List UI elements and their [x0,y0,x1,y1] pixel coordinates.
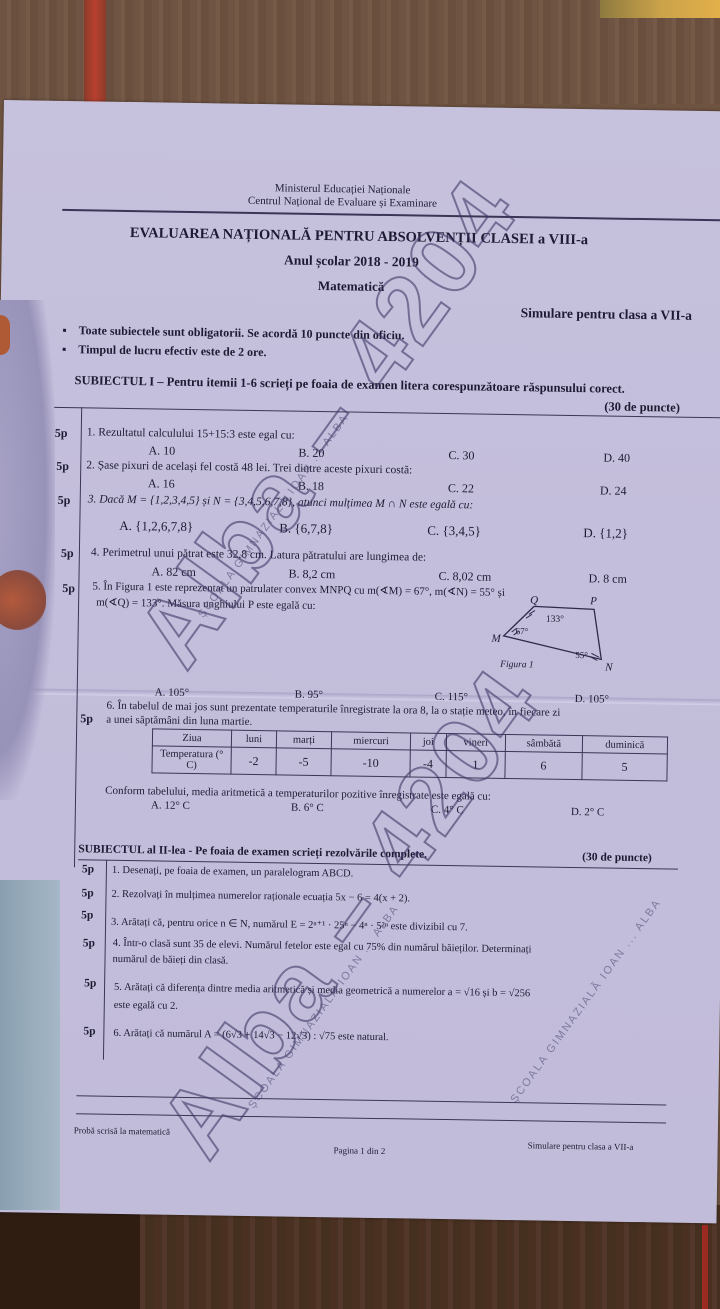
angle-q-label: 133° [546,615,564,625]
simulation-label: Simulare pentru clasa a VII-a [521,305,692,324]
subject2-points-column-line [103,860,107,1060]
background-shadow [0,1205,140,1309]
q2-option-c: C. 22 [448,481,474,496]
q2-points: 5p [56,459,69,474]
vertex-p: P [590,595,597,607]
q5-option-d: D. 105° [575,693,610,706]
angle-n-label: 55° [575,650,588,660]
table-value: 5 [582,753,668,781]
table-day: duminică [582,736,667,754]
q4-points: 5p [61,546,74,561]
watermark-stamp-right: ȘCOALA GIMNAZIALĂ IOAN ... ALBA [508,897,663,1105]
table-value: -5 [276,748,332,776]
q4-option-c: C. 8,02 cm [438,569,491,585]
q1-option-d: D. 40 [603,450,630,465]
table-header-label: Ziua [152,729,231,747]
q3-option-d: D. {1,2} [583,525,628,542]
footer-right: Simulare pentru clasa a VII-a [528,1140,634,1152]
s2-q4-text-line2: numărul de băieți din clasă. [112,954,228,967]
subject2-points: (30 de puncte) [582,851,652,864]
table-day: marți [276,731,331,749]
s2-q2-points: 5p [81,887,93,899]
page-number: Pagina 1 din 2 [333,1145,385,1156]
background-pole [84,0,106,104]
hand-shadow [0,880,60,1210]
s2-q3-points: 5p [81,909,93,921]
background-pole [702,1225,708,1309]
table-value: -2 [231,747,276,775]
instruction-2: ▪ Timpul de lucru efectiv este de 2 ore. [62,342,267,360]
vertex-m: M [492,633,501,645]
table-day: miercuri [331,732,410,750]
q2-option-d: D. 24 [600,483,627,498]
q3-option-c: C. {3,4,5} [427,523,481,540]
hand-thumb [0,300,55,800]
footer-left: Probă scrisă la matematică [74,1125,170,1137]
s2-q6-points: 5p [83,1025,95,1037]
q6-option-a: A. 12° C [151,799,190,812]
s2-q5-points: 5p [84,977,96,989]
q6-points: 5p [80,711,93,726]
q5-option-a: A. 105° [155,686,190,699]
vertex-q: Q [530,594,538,606]
q6-option-d: D. 2° C [571,806,605,819]
s2-q1-points: 5p [82,863,94,875]
background-wood-top [0,0,720,104]
vertex-n: N [605,662,613,674]
instruction-2-text: Timpul de lucru efectiv este de 2 ore. [78,342,266,359]
exam-page: Ministerul Educației Naționale Centrul N… [0,100,720,1223]
q4-option-b: B. 8,2 cm [288,567,335,583]
s2-q5-text-line2: este egală cu 2. [114,1000,178,1012]
figure-caption: Figura 1 [500,660,534,671]
q4-option-d: D. 8 cm [588,571,627,587]
background-detail [600,0,720,18]
header-divider [62,209,720,222]
hand-finger-top [0,315,10,355]
table-day: luni [231,730,276,748]
q1-points: 5p [55,426,68,441]
q6-text-line2: a unei săptămâni din luna martie. [106,714,252,728]
q5-option-b: B. 95° [295,689,323,701]
table-row-label: Temperatura (° C) [152,746,231,774]
q2-option-a: A. 16 [148,476,175,491]
angle-m-label: 67° [516,626,529,636]
subject1-points: (30 de puncte) [604,399,680,415]
q1-option-a: A. 10 [148,443,175,458]
q6-option-b: B. 6° C [291,802,324,815]
watermark-large-bottom: Alba – 4204 [138,649,563,1177]
q5-points: 5p [62,581,75,596]
s2-q4-points: 5p [83,937,95,949]
points-column-line [74,407,82,867]
q3-points: 5p [58,493,71,508]
q1-option-c: C. 30 [448,448,474,463]
